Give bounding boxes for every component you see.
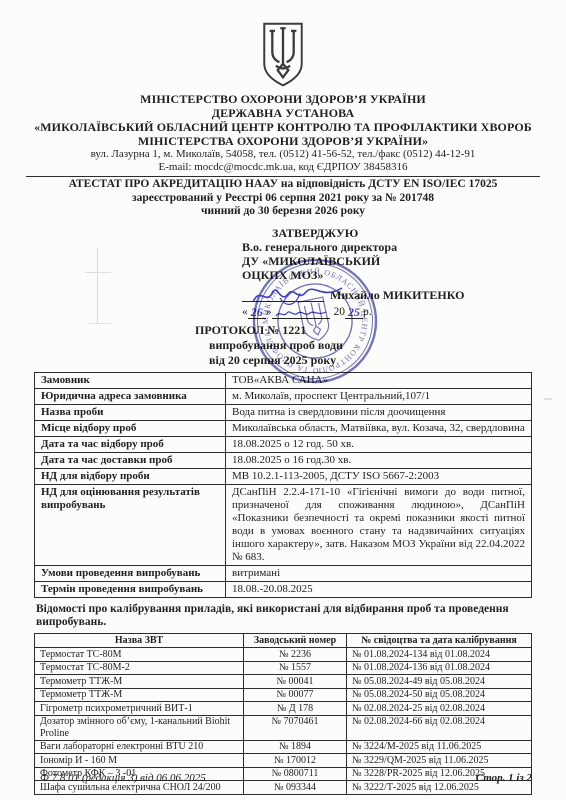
table-row: Термостат ТС-80М № 2236 № 01.08.2024-134… [35,648,532,662]
info-value-cell: Миколаївська область, Матвіївка, вул. Ко… [226,420,532,436]
info-value-cell: 18.08.2025 о 12 год. 50 хв. [226,436,532,452]
address-phone-line: вул. Лазурна 1, м. Миколаїв, 54058, тел.… [0,148,566,161]
info-value-cell: 18.08.-20.08.2025 [226,581,532,597]
table-row: Назва проби Вода питна із свердловини пі… [35,404,532,420]
serial-number-cell: № 2236 [244,648,347,662]
info-label-cell: Місце відбору проб [35,420,226,436]
year-unit: р. [363,305,372,319]
certificate-cell: № 01.08.2024-134 від 01.08.2024 [347,648,532,662]
protocol-title-block: ПРОТОКОЛ № 1221 випробування проб води в… [195,323,566,368]
serial-number-cell: № 00077 [244,688,347,702]
accreditation-line1: АТЕСТАТ ПРО АКРЕДИТАЦІЮ НААУ на відповід… [0,178,566,192]
device-name-cell: Термостат ТС-80М-2 [35,661,244,675]
approver-org-line2: ОЦКПХ МОЗ» [242,268,542,282]
device-name-cell: Гігрометр психрометричний ВИТ-1 [35,702,244,716]
device-name-cell: Іономір И - 160 М [35,754,244,768]
calibration-header-row: Назва ЗВТ Заводський номер № свідоцтва т… [35,633,532,648]
table-row: НД для оцінювання результатів випробуван… [35,484,532,565]
approve-label: ЗАТВЕРДЖУЮ [242,226,542,240]
table-row: НД для відбору проби МВ 10.2.1-113-2005,… [35,468,532,484]
certificate-cell: № 3224/М-2025 від 11.06.2025 [347,740,532,754]
certificate-cell: № 05.08.2024-50 від 05.08.2024 [347,688,532,702]
header-divider [26,176,540,177]
col-header-serial: Заводський номер [244,633,347,648]
info-label-cell: Термін проведення випробувань [35,581,226,597]
signature-line [242,288,324,302]
document-header: МІНІСТЕРСТВО ОХОРОНИ ЗДОРОВ’Я УКРАЇНИ ДЕ… [0,0,566,219]
table-row: Дата та час відбору проб 18.08.2025 о 12… [35,436,532,452]
page-footer: Ф 7.8.01 (редакція 3) від 06.06.2025 Сто… [40,772,532,784]
protocol-subtitle2: від 20 серпня 2025 року [209,353,566,368]
info-value-cell: Вода питна із свердловини після доочищен… [226,404,532,420]
email-edrpou-line: E-mail: mocdc@mocdc.mk.ua, код ЄДРПОУ 38… [0,161,566,174]
serial-number-cell: № 1894 [244,740,347,754]
ukraine-trident-icon [0,22,566,88]
device-name-cell: Термометр ТТЖ-М [35,675,244,689]
handwritten-month-scribble-icon [272,306,330,319]
institution-type: ДЕРЖАВНА УСТАНОВА [0,106,566,120]
info-label-cell: Юридична адреса замовника [35,388,226,404]
table-row: Іономір И - 160 М № 170012 № 3229/QM-202… [35,754,532,768]
device-name-cell: Термометр ТТЖ-М [35,688,244,702]
protocol-document-page: МІНІСТЕРСТВО ОХОРОНИ ЗДОРОВ’Я УКРАЇНИ ДЕ… [0,0,566,800]
table-row: Термометр ТТЖ-М № 00077 № 05.08.2024-50 … [35,688,532,702]
signatory-name: Михайло МИКИТЕНКО [330,288,465,302]
info-label-cell: Умови проведення випробувань [35,565,226,581]
day-blank: 26 [248,306,266,319]
sample-info-table: Замовник ТОВ«АКВА САНА» Юридична адреса … [34,372,532,598]
info-value-cell: ТОВ«АКВА САНА» [226,372,532,388]
table-row: Ваги лабораторні електронні BTU 210 № 18… [35,740,532,754]
info-value-cell: 18.08.2025 о 16 год.30 хв. [226,452,532,468]
handwritten-year: 25 [348,305,360,319]
info-label-cell: Дата та час відбору проб [35,436,226,452]
serial-number-cell: № 7070461 [244,715,347,740]
table-row: Замовник ТОВ«АКВА САНА» [35,372,532,388]
info-value-cell: витримані [226,565,532,581]
protocol-title: ПРОТОКОЛ № 1221 [195,323,566,338]
table-row: Дозатор змінного об’єму, 1-канальний Bio… [35,715,532,740]
device-name-cell: Дозатор змінного об’єму, 1-канальний Bio… [35,715,244,740]
device-name-cell: Термостат ТС-80М [35,648,244,662]
table-row: Термостат ТС-80М-2 № 1557 № 01.08.2024-1… [35,661,532,675]
table-row: Дата та час доставки проб 18.08.2025 о 1… [35,452,532,468]
signature-row: Михайло МИКИТЕНКО [242,285,542,302]
info-value-cell: ДСанПіН 2.2.4-171-10 «Гігієнічні вимоги … [226,484,532,565]
serial-number-cell: № 1557 [244,661,347,675]
table-row: Юридична адреса замовника м. Миколаїв, п… [35,388,532,404]
form-reference: Ф 7.8.01 (редакція 3) від 06.06.2025 [40,772,206,784]
scan-artifact-tick [544,398,552,400]
center-name-line1: «МИКОЛАЇВСЬКИЙ ОБЛАСНИЙ ЦЕНТР КОНТРОЛЮ Т… [0,120,566,134]
col-header-device: Назва ЗВТ [35,633,244,648]
approver-role: В.о. генерального директора [242,240,542,254]
col-header-certificate: № свідоцтва та дата калібрування [347,633,532,648]
certificate-cell: № 01.08.2024-136 від 01.08.2024 [347,661,532,675]
approval-date-row: « 26 » 20 25 р. [242,302,542,319]
protocol-subtitle1: випробування проб води [209,338,566,353]
serial-number-cell: № Д 178 [244,702,347,716]
serial-number-cell: № 170012 [244,754,347,768]
certificate-cell: № 02.08.2024-25 від 02.08.2024 [347,702,532,716]
certificate-cell: № 05.08.2024-49 від 05.08.2024 [347,675,532,689]
year-prefix: 20 [334,305,346,319]
device-name-cell: Ваги лабораторні електронні BTU 210 [35,740,244,754]
handwritten-day: 26 [251,305,263,319]
table-row: Термометр ТТЖ-М № 00041 № 05.08.2024-49 … [35,675,532,689]
info-value-cell: МВ 10.2.1-113-2005, ДСТУ ISO 5667-2:2003 [226,468,532,484]
year-blank: 25 [345,306,363,319]
center-name-line2: МІНІСТЕРСТВА ОХОРОНИ ЗДОРОВ’Я УКРАЇНИ» [0,134,566,148]
accreditation-line2: зареєстрований у Реєстрі 06 серпня 2021 … [0,192,566,206]
ministry-name: МІНІСТЕРСТВО ОХОРОНИ ЗДОРОВ’Я УКРАЇНИ [0,92,566,106]
certificate-cell: № 02.08.2024-66 від 02.08.2024 [347,715,532,740]
table-row: Гігрометр психрометричний ВИТ-1 № Д 178 … [35,702,532,716]
certificate-cell: № 3229/QM-2025 від 11.06.2025 [347,754,532,768]
approver-org-line1: ДУ «МИКОЛАЇВСЬКИЙ [242,254,542,268]
calibration-section-title: Відомості про калібрування приладів, які… [36,603,530,630]
accreditation-line3: чинний до 30 березня 2026 року [0,205,566,219]
info-value-cell: м. Миколаїв, проспект Центральний,107/1 [226,388,532,404]
table-row: Умови проведення випробувань витримані [35,565,532,581]
table-row: Місце відбору проб Миколаївська область,… [35,420,532,436]
info-label-cell: НД для оцінювання результатів випробуван… [35,484,226,565]
calibration-table: Назва ЗВТ Заводський номер № свідоцтва т… [34,633,532,795]
scan-artifact-cross [97,248,98,324]
table-row: Термін проведення випробувань 18.08.-20.… [35,581,532,597]
page-number: Стор. 1 із 2 [476,772,532,784]
info-label-cell: Дата та час доставки проб [35,452,226,468]
info-label-cell: Замовник [35,372,226,388]
info-label-cell: НД для відбору проби [35,468,226,484]
info-label-cell: Назва проби [35,404,226,420]
approval-block: ЗАТВЕРДЖУЮ В.о. генерального директора Д… [242,226,542,319]
serial-number-cell: № 00041 [244,675,347,689]
